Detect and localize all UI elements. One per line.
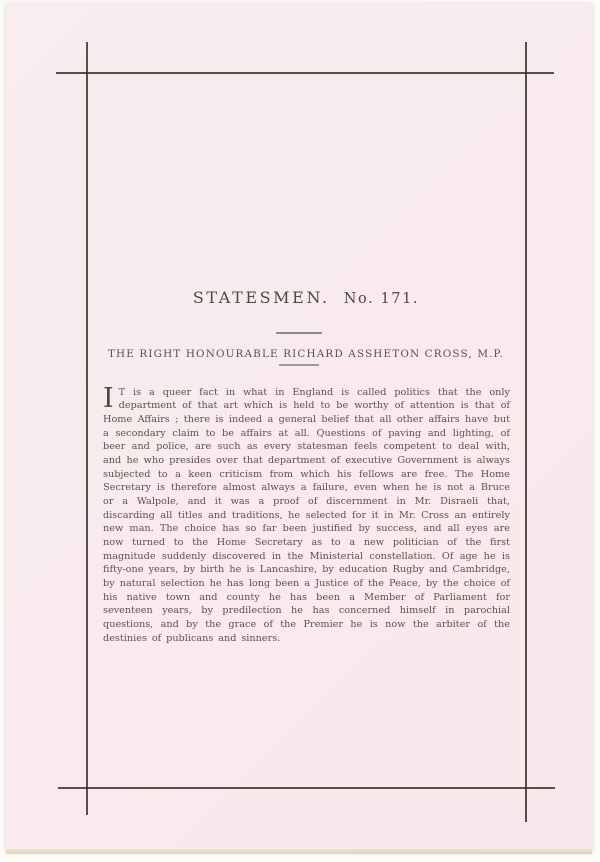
frame-bottom-rule	[58, 787, 555, 789]
paragraph-text: T is a queer fact in what in England is …	[103, 387, 510, 644]
frame-top-rule	[56, 72, 554, 74]
frame-right-rule	[525, 42, 527, 822]
scan-background: STATESMEN.No. 171. THE RIGHT HONOURABLE …	[0, 0, 600, 862]
masthead: STATESMEN.No. 171.	[6, 288, 600, 307]
divider-rule-bottom	[279, 364, 319, 366]
page-sheet: STATESMEN.No. 171. THE RIGHT HONOURABLE …	[6, 2, 592, 850]
series-title: STATESMEN.	[193, 288, 330, 307]
divider-rule-top	[276, 332, 322, 334]
issue-number: No. 171.	[344, 291, 419, 307]
drop-cap: I	[103, 386, 119, 410]
paper-bottom-edge	[6, 849, 592, 854]
biography-paragraph: IT is a queer fact in what in England is…	[103, 386, 510, 645]
subject-heading: THE RIGHT HONOURABLE RICHARD ASSHETON CR…	[6, 348, 600, 360]
frame-left-rule	[86, 42, 88, 815]
